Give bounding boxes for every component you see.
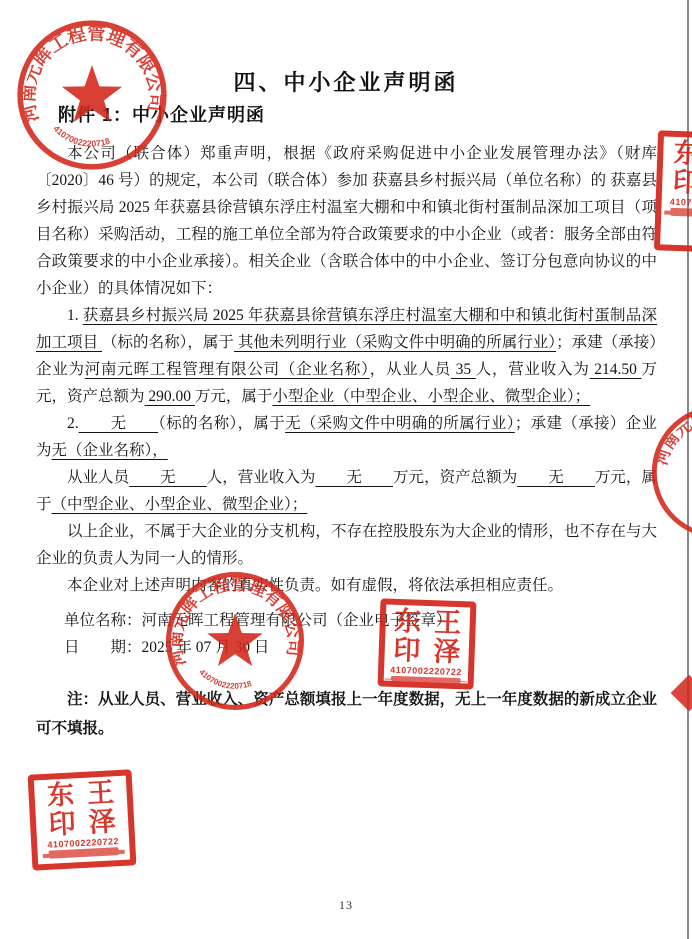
- date-line: 日 期：2025 年 07 月 30 日: [64, 634, 657, 661]
- paragraph-declaration: 本公司（联合体）郑重声明，根据《政府采购促进中小企业发展管理办法》（财库〔202…: [36, 140, 657, 302]
- signature-block: 单位名称：河南元晖工程管理有限公司（企业电子签章） 日 期：2025 年 07 …: [36, 607, 657, 661]
- seal-characters: 东 王 印 泽: [41, 778, 122, 839]
- document-page: 四、中小企业声明函 附件 1：中小企业声明函 本公司（联合体）郑重声明，根据《政…: [0, 0, 692, 939]
- seal-char: 东: [41, 780, 80, 810]
- seal-smudge: [49, 847, 119, 859]
- unit-name-line: 单位名称：河南元晖工程管理有限公司（企业电子签章）: [64, 607, 657, 634]
- personal-seal-stamp-bottom: 东 王 印 泽 4107002220722: [28, 769, 137, 870]
- paragraph-responsibility: 本企业对上述声明内容的真实性负责。如有虚假，将依法承担相应责任。: [36, 572, 657, 599]
- paragraph-item-2-details: 从业人员 无 人，营业收入为 无 万元，资产总额为 无 万元，属于（中型企业、小…: [36, 464, 657, 518]
- paragraph-item-1: 1. 获嘉县乡村振兴局 2025 年获嘉县徐营镇东浮庄村温室大棚和中和镇北街村蛋…: [36, 302, 657, 410]
- page-number: 13: [0, 898, 692, 913]
- seal-char: 泽: [82, 807, 121, 837]
- seal-char: 王: [81, 778, 120, 808]
- paragraph-no-large-enterprise: 以上企业，不属于大企业的分支机构，不存在控股股东为大企业的情形，也不存在与大企业…: [36, 518, 657, 572]
- note-paragraph: 注：从业人员、营业收入、资产总额填报上一年度数据，无上一年度数据的新成立企业可不…: [36, 685, 657, 743]
- scan-edge-line: [687, 0, 689, 939]
- document-body: 本公司（联合体）郑重声明，根据《政府采购促进中小企业发展管理办法》（财库〔202…: [36, 140, 657, 743]
- seal-code: 4107002220722: [47, 836, 119, 850]
- page-title: 四、中小企业声明函: [0, 66, 692, 97]
- paragraph-item-2: 2. 无 （标的名称），属于无（采购文件中明确的所属行业）；承建（承接）企业为无…: [36, 410, 657, 464]
- seal-char: 印: [42, 809, 81, 839]
- attachment-heading: 附件 1：中小企业声明函: [58, 101, 265, 127]
